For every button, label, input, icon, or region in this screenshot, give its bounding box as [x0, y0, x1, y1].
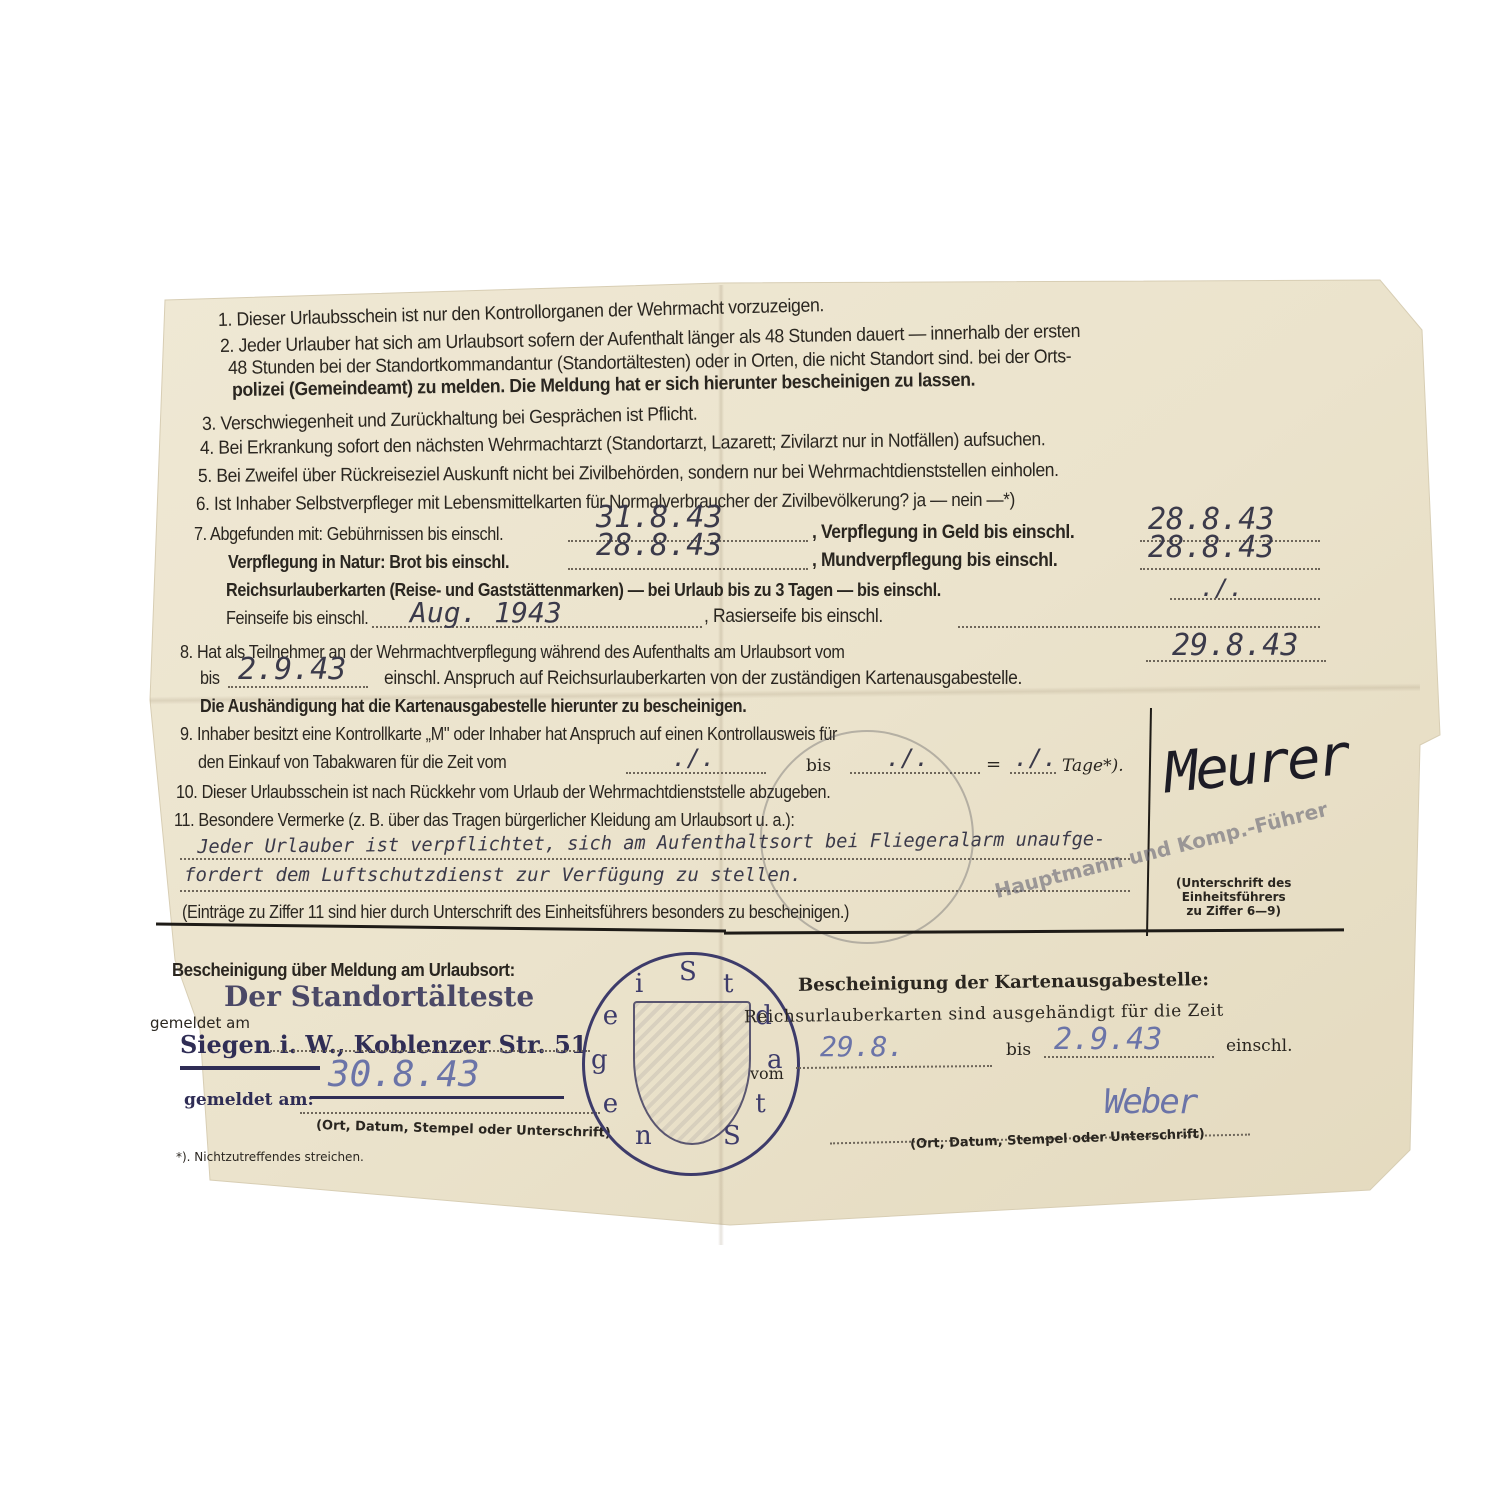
item-text: Inhaber besitzt eine Kontrollkarte „M" o…: [197, 724, 837, 744]
item-9-line-1: 9. Inhaber besitzt eine Kontrollkarte „M…: [180, 724, 837, 745]
label-tabak-zeit: den Einkauf von Tabakwaren für die Zeit …: [198, 752, 506, 773]
label-karten-vom: vom: [750, 1064, 784, 1083]
seal-letter: t: [723, 969, 733, 999]
item-text: Bei Zweifel über Rückreiseziel Auskunft …: [216, 460, 1058, 487]
equals-sign: =: [986, 754, 1001, 775]
field-line-reichsurlauberkarten: [1170, 598, 1320, 600]
item-11-label: 11. Besondere Vermerke (z. B. über das T…: [174, 810, 795, 831]
footnote-streichen: *). Nichtzutreffendes streichen.: [176, 1150, 364, 1164]
field-line-vermerke-2: [180, 890, 1130, 892]
item-text: Dieser Urlaubsschein ist nach Rückkehr v…: [202, 782, 831, 802]
item-number: 1.: [218, 310, 233, 331]
stamp-text: Der Standortälteste: [224, 980, 534, 1013]
stamp-standortaeltester: Der Standortälteste: [224, 980, 534, 1013]
seal-letter: S: [723, 1121, 741, 1151]
item-11-footnote: (Einträge zu Ziffer 11 sind hier durch U…: [182, 902, 849, 923]
item-8-line-3: Die Aushändigung hat die Kartenausgabest…: [200, 696, 746, 717]
item-number: 3.: [202, 414, 216, 435]
value-tabak-days[interactable]: ./.: [1014, 744, 1057, 772]
value-feinseife[interactable]: Aug. 1943: [410, 596, 562, 629]
caption-line: zu Ziffer 6—9): [1176, 904, 1291, 918]
seal-letter: g: [591, 1045, 608, 1075]
field-line-tabak-from: [626, 772, 766, 774]
item-number: 7.: [194, 524, 207, 544]
label-karten-einschl: einschl.: [1226, 1036, 1292, 1056]
seal-letter: e: [603, 1089, 618, 1119]
label-tage: Tage*).: [1062, 756, 1124, 776]
caption-line: Einheitsführers: [1176, 890, 1291, 904]
value-wv-to[interactable]: 2.9.43: [238, 652, 346, 687]
stamp-underline: [180, 1066, 320, 1070]
value-reichsurlauberkarten[interactable]: ./.: [1200, 574, 1243, 602]
label-verpflegung-geld: , Verpflegung in Geld bis einschl.: [812, 522, 1074, 544]
label-gebuehrnisse: Abgefunden mit: Gebührnissen bis einschl…: [210, 524, 503, 544]
field-line-vermerke-1: [180, 858, 1130, 860]
item-number: 6.: [196, 494, 210, 515]
signature-caption: (Unterschrift des Einheitsführers zu Zif…: [1176, 876, 1291, 918]
item-text: Besondere Vermerke (z. B. über das Trage…: [198, 810, 794, 830]
seal-letter: e: [603, 1001, 618, 1031]
value-mundverpflegung[interactable]: 28.8.43: [1148, 530, 1274, 565]
item-7-line-1: 7. Abgefunden mit: Gebührnissen bis eins…: [194, 524, 503, 545]
seal-letter: n: [635, 1121, 652, 1151]
label-rasierseife: , Rasierseife bis einschl.: [704, 606, 883, 628]
item-number: 4.: [200, 438, 214, 459]
stamp-rule: [310, 1096, 564, 1099]
value-karten-to[interactable]: 2.9.43: [1054, 1022, 1162, 1057]
value-brot[interactable]: 28.8.43: [596, 528, 722, 563]
item-number: 9.: [180, 724, 193, 744]
seal-letter: i: [635, 969, 643, 999]
item-number: 11.: [174, 810, 194, 830]
seal-letter: S: [679, 957, 697, 987]
seal-letter: t: [755, 1089, 765, 1119]
field-line-tabak-days: [1010, 772, 1056, 774]
label-karten-bis: bis: [1006, 1040, 1031, 1060]
item-number: 8.: [180, 642, 193, 662]
item-number: 2.: [220, 336, 234, 357]
value-karten-from[interactable]: 29.8.: [820, 1030, 904, 1063]
handwritten-meldung-date[interactable]: 30.8.43: [328, 1054, 480, 1095]
item-10: 10. Dieser Urlaubsschein ist nach Rückke…: [176, 782, 830, 803]
label-reichsurlauberkarten: Reichsurlauberkarten (Reise- und Gaststä…: [226, 580, 941, 601]
item-number: 10.: [176, 782, 197, 802]
value-tabak-from[interactable]: ./.: [672, 744, 715, 772]
label-gemeldet-am-stamp: gemeldet am:: [184, 1090, 314, 1110]
meldung-title: Bescheinigung über Meldung am Urlaubsort…: [172, 960, 515, 981]
label-feinseife: Feinseife bis einschl.: [226, 608, 368, 629]
field-line-meldung-1: [270, 1050, 590, 1052]
value-wv-from[interactable]: 29.8.43: [1172, 628, 1298, 663]
item-8-line-2: einschl. Anspruch auf Reichsurlauberkart…: [384, 668, 1022, 690]
caption-line: (Unterschrift des: [1176, 876, 1291, 890]
item-number: 5.: [198, 466, 212, 487]
label-mundverpflegung: , Mundverpflegung bis einschl.: [812, 550, 1057, 572]
label-bis: bis: [200, 668, 220, 689]
faint-unit-stamp: [760, 730, 974, 944]
label-brot: Verpflegung in Natur: Brot bis einschl.: [228, 552, 509, 573]
field-line-brot: [568, 568, 808, 570]
handwritten-remark-line-2[interactable]: fordert dem Luftschutzdienst zur Verfügu…: [184, 864, 802, 886]
karten-signature: Weber: [1104, 1082, 1196, 1122]
field-line-meldung-2: [300, 1112, 600, 1114]
leave-pass-document: 1. Dieser Urlaubsschein ist nur den Kont…: [0, 0, 1496, 1496]
field-line-mundverpflegung: [1140, 568, 1320, 570]
